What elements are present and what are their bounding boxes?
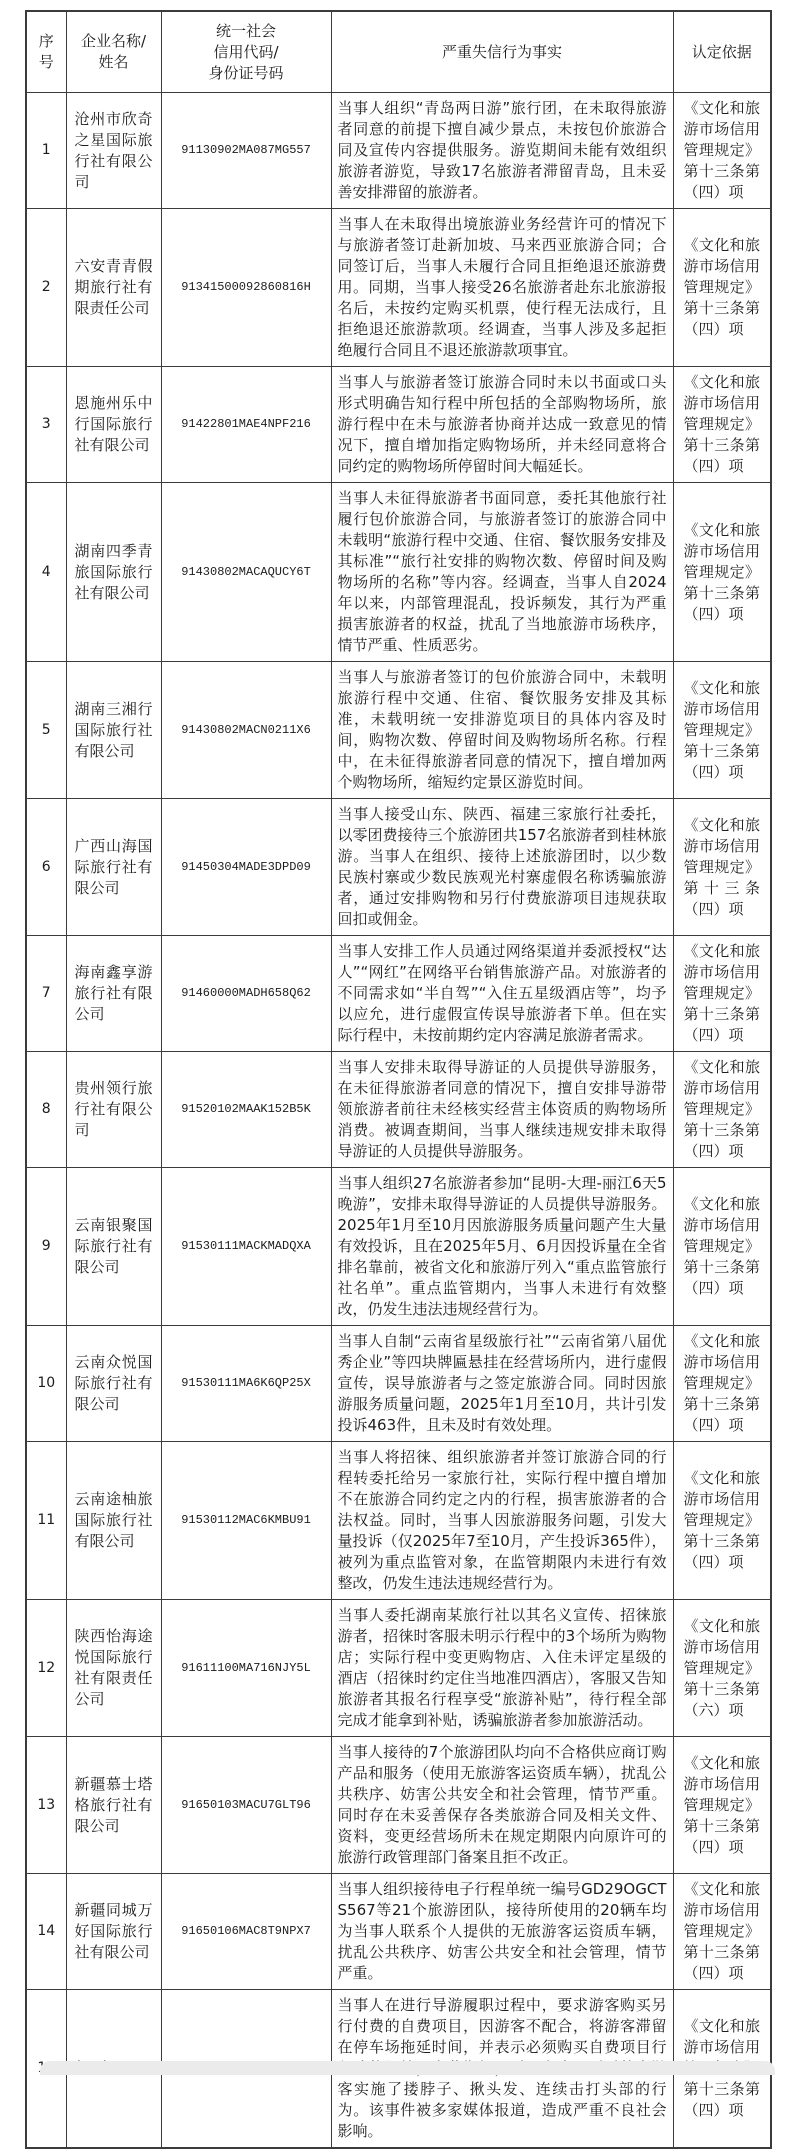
row-number: 2 (26, 209, 66, 367)
credit-code: 91460000MADH658Q62 (161, 936, 331, 1052)
violation-facts: 当事人委托湖南某旅行社以其名义宣传、招徕旅游者，招徕时客服未明示行程中的3个场所… (331, 1600, 673, 1737)
determination-basis: 《文化和旅游市场信用管理规定》第十三条第（四）项 (673, 1874, 771, 1990)
credit-code: 91341500092860816H (161, 209, 331, 367)
credit-code: 91422801MAE4NPF216 (161, 367, 331, 483)
row-number: 5 (26, 662, 66, 799)
table-row: 10 云南众悦国际旅行社有限公司 91530111MA6K6QP25X 当事人自… (26, 1326, 771, 1442)
dishonesty-list-table: 序 号 企业名称/ 姓名 统一社会 信用代码/ 身份证号码 严重失信行为事实 认… (25, 10, 772, 2149)
credit-code: 91450304MADE3DPD09 (161, 799, 331, 936)
entity-name: 云南众悦国际旅行社有限公司 (66, 1326, 161, 1442)
credit-code: 91430802MACAQUCY6T (161, 483, 331, 662)
violation-facts: 当事人接受山东、陕西、福建三家旅行社委托，以零团费接待三个旅游团共157名旅游者… (331, 799, 673, 936)
row-number: 10 (26, 1326, 66, 1442)
footer-strip (40, 2061, 775, 2075)
credit-code: 91520102MAAK152B5K (161, 1052, 331, 1168)
row-number: 11 (26, 1442, 66, 1600)
table-row: 9 云南银聚国际旅行社有限公司 91530111MACKMADQXA 当事人组织… (26, 1168, 771, 1326)
page: 序 号 企业名称/ 姓名 统一社会 信用代码/ 身份证号码 严重失信行为事实 认… (0, 0, 800, 2075)
credit-code: 91530111MA6K6QP25X (161, 1326, 331, 1442)
row-number: 7 (26, 936, 66, 1052)
header-credit-code: 统一社会 信用代码/ 身份证号码 (161, 11, 331, 93)
header-violation-facts: 严重失信行为事实 (331, 11, 673, 93)
row-number: 9 (26, 1168, 66, 1326)
determination-basis: 《文化和旅游市场信用管理规定》第十三条第（四）项 (673, 1326, 771, 1442)
entity-name: 恩施州乐中行国际旅行社有限公司 (66, 367, 161, 483)
table-header-row: 序 号 企业名称/ 姓名 统一社会 信用代码/ 身份证号码 严重失信行为事实 认… (26, 11, 771, 93)
credit-code: 91530111MACKMADQXA (161, 1168, 331, 1326)
determination-basis: 《文化和旅游市场信用管理规定》第十三条第（四）项 (673, 1442, 771, 1600)
violation-facts: 当事人组织接待电子行程单统一编号GD29OGCTS567等21个旅游团队，接待所… (331, 1874, 673, 1990)
determination-basis: 《文化和旅游市场信用管理规定》第十三条第（四）项 (673, 662, 771, 799)
determination-basis: 《文化和旅游市场信用管理规定》第十三条第（四）项 (673, 1168, 771, 1326)
violation-facts: 当事人与旅游者签订的包价旅游合同中，未载明旅游行程中交通、住宿、餐饮服务安排及其… (331, 662, 673, 799)
violation-facts: 当事人接待的7个旅游团队均向不合格供应商订购产品和服务（使用无旅游客运资质车辆）… (331, 1737, 673, 1874)
row-number: 1 (26, 93, 66, 209)
entity-name: 新疆慕士塔格旅行社有限公司 (66, 1737, 161, 1874)
table-row: 5 湖南三湘行国际旅行社有限公司 91430802MACN0211X6 当事人与… (26, 662, 771, 799)
violation-facts: 当事人组织27名旅游者参加“昆明-大理-丽江6天5晚游”，安排未取得导游证的人员… (331, 1168, 673, 1326)
entity-name: 云南银聚国际旅行社有限公司 (66, 1168, 161, 1326)
entity-name: 湖南四季青旅国际旅行社有限公司 (66, 483, 161, 662)
determination-basis: 《文化和旅游市场信用管理规定》第十三条第（四）项 (673, 93, 771, 209)
credit-code: 91130902MA087MG557 (161, 93, 331, 209)
table-row: 4 湖南四季青旅国际旅行社有限公司 91430802MACAQUCY6T 当事人… (26, 483, 771, 662)
table-row: 1 沧州市欣奇之星国际旅行社有限公司 91130902MA087MG557 当事… (26, 93, 771, 209)
determination-basis: 《文化和旅游市场信用管理规定》第十三条第（四）项 (673, 483, 771, 662)
entity-name: 贵州领行旅行社有限公司 (66, 1052, 161, 1168)
determination-basis: 《文化和旅游市场信用管理规定》第十三条第（四）项 (673, 1737, 771, 1874)
violation-facts: 当事人组织“青岛两日游”旅行团，在未取得旅游者同意的前提下擅自减少景点，未按包价… (331, 93, 673, 209)
row-number: 13 (26, 1737, 66, 1874)
header-entity-name: 企业名称/ 姓名 (66, 11, 161, 93)
determination-basis: 《文化和旅游市场信用管理规定》第十三条第（六）项 (673, 1600, 771, 1737)
table-row: 8 贵州领行旅行社有限公司 91520102MAAK152B5K 当事人安排未取… (26, 1052, 771, 1168)
violation-facts: 当事人自制“云南省星级旅行社”“云南省第八届优秀企业”等四块牌匾悬挂在经营场所内… (331, 1326, 673, 1442)
credit-code: 91650106MAC8T9NPX7 (161, 1874, 331, 1990)
credit-code: 91611100MA716NJY5L (161, 1600, 331, 1737)
entity-name: 六安青青假期旅行社有限责任公司 (66, 209, 161, 367)
table-row: 13 新疆慕士塔格旅行社有限公司 91650103MACU7GLT96 当事人接… (26, 1737, 771, 1874)
violation-facts: 当事人未征得旅游者书面同意，委托其他旅行社履行包价旅游合同，与旅游者签订的旅游合… (331, 483, 673, 662)
entity-name: 湖南三湘行国际旅行社有限公司 (66, 662, 161, 799)
entity-name: 沧州市欣奇之星国际旅行社有限公司 (66, 93, 161, 209)
header-serial-number: 序 号 (26, 11, 66, 93)
entity-name: 云南途柚旅国际旅行社有限公司 (66, 1442, 161, 1600)
entity-name: 海南鑫享游旅行社有限公司 (66, 936, 161, 1052)
table-row: 6 广西山海国际旅行社有限公司 91450304MADE3DPD09 当事人接受… (26, 799, 771, 936)
row-number: 3 (26, 367, 66, 483)
determination-basis: 《文化和旅游市场信用管理规定》第十三条第（四）项 (673, 1052, 771, 1168)
entity-name: 陕西怡海途悦国际旅行社有限责任公司 (66, 1600, 161, 1737)
determination-basis: 《文化和旅游市场信用管理规定》第十三条第（四）项 (673, 209, 771, 367)
header-determination-basis: 认定依据 (673, 11, 771, 93)
credit-code: 91530112MAC6KMBU91 (161, 1442, 331, 1600)
violation-facts: 当事人安排工作人员通过网络渠道并委派授权“达人”“网红”在网络平台销售旅游产品。… (331, 936, 673, 1052)
violation-facts: 当事人将招徕、组织旅游者并签订旅游合同的行程转委托给另一家旅行社，实际行程中擅自… (331, 1442, 673, 1600)
table-row: 14 新疆同城万好国际旅行社有限公司 91650106MAC8T9NPX7 当事… (26, 1874, 771, 1990)
determination-basis: 《文化和旅游市场信用管理规定》第十三条（四）项 (673, 799, 771, 936)
table-row: 3 恩施州乐中行国际旅行社有限公司 91422801MAE4NPF216 当事人… (26, 367, 771, 483)
credit-code: 91430802MACN0211X6 (161, 662, 331, 799)
determination-basis: 《文化和旅游市场信用管理规定》第十三条第（四）项 (673, 367, 771, 483)
row-number: 4 (26, 483, 66, 662)
table-row: 11 云南途柚旅国际旅行社有限公司 91530112MAC6KMBU91 当事人… (26, 1442, 771, 1600)
row-number: 6 (26, 799, 66, 936)
violation-facts: 当事人安排未取得导游证的人员提供导游服务，在未征得旅游者同意的情况下，擅自安排导… (331, 1052, 673, 1168)
entity-name: 广西山海国际旅行社有限公司 (66, 799, 161, 936)
entity-name: 新疆同城万好国际旅行社有限公司 (66, 1874, 161, 1990)
table-row: 7 海南鑫享游旅行社有限公司 91460000MADH658Q62 当事人安排工… (26, 936, 771, 1052)
row-number: 14 (26, 1874, 66, 1990)
row-number: 12 (26, 1600, 66, 1737)
violation-facts: 当事人在未取得出境旅游业务经营许可的情况下与旅游者签订赴新加坡、马来西亚旅游合同… (331, 209, 673, 367)
table-row: 12 陕西怡海途悦国际旅行社有限责任公司 91611100MA716NJY5L … (26, 1600, 771, 1737)
table-row: 2 六安青青假期旅行社有限责任公司 91341500092860816H 当事人… (26, 209, 771, 367)
credit-code: 91650103MACU7GLT96 (161, 1737, 331, 1874)
determination-basis: 《文化和旅游市场信用管理规定》第十三条第（四）项 (673, 936, 771, 1052)
row-number: 8 (26, 1052, 66, 1168)
violation-facts: 当事人与旅游者签订旅游合同时未以书面或口头形式明确告知行程中所包括的全部购物场所… (331, 367, 673, 483)
